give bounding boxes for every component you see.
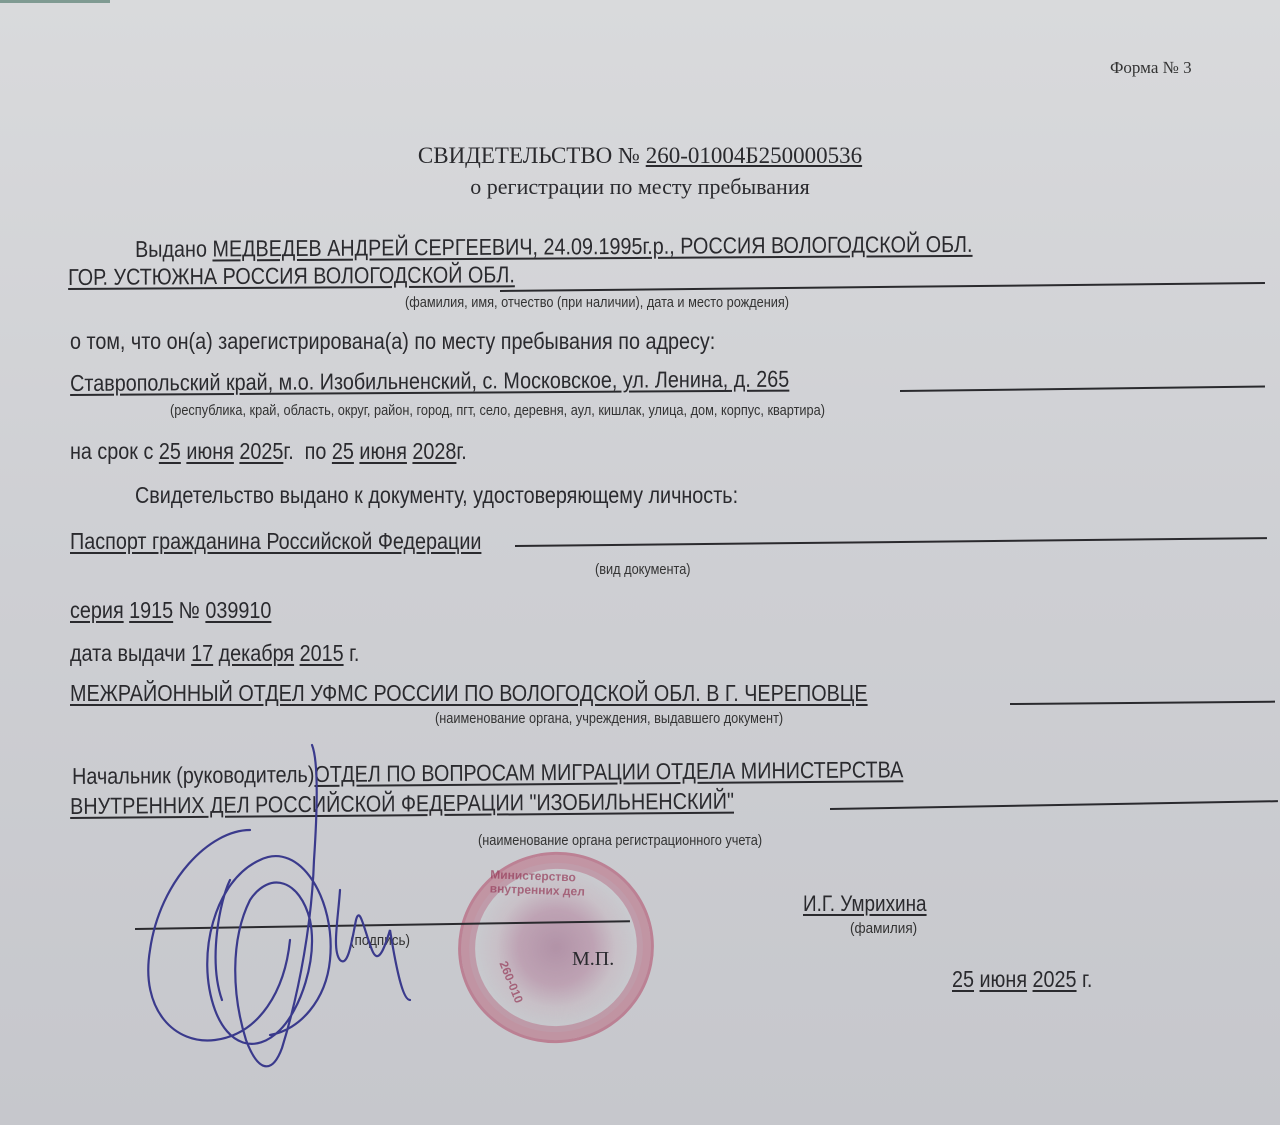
photo-edge <box>0 0 110 3</box>
seal-code: 260-010 <box>496 959 525 1005</box>
passport-series: 1915 <box>129 597 173 623</box>
address-underline <box>900 386 1265 392</box>
issue-day: 17 <box>191 640 213 666</box>
signing-date: 25 июня 2025 г. <box>952 966 1092 993</box>
holder-name-birth: МЕДВЕДЕВ АНДРЕЙ СЕРГЕЕВИЧ, 24.09.1995г.р… <box>212 231 972 262</box>
passport-number: 039910 <box>205 597 271 623</box>
registration-address-row: Ставропольский край, м.о. Изобильненский… <box>70 366 789 397</box>
signing-day: 25 <box>952 966 974 992</box>
signing-year: 2025 <box>1033 966 1077 992</box>
issuer-hint: (наименование органа, учреждения, выдавш… <box>435 710 783 727</box>
issue-date-label: дата выдачи <box>70 640 186 666</box>
holder-birthplace: ГОР. УСТЮЖНА РОССИЯ ВОЛОГОДСКОЙ ОБЛ. <box>68 261 515 290</box>
doc-type-hint: (вид документа) <box>595 561 691 578</box>
issuer-underline <box>1010 701 1275 705</box>
issue-month: декабря <box>219 640 294 666</box>
issue-year-suffix: г. <box>349 640 359 666</box>
identity-statement: Свидетельство выдано к документу, удосто… <box>135 482 738 509</box>
issuer-row: МЕЖРАЙОННЫЙ ОТДЕЛ УФМС РОССИИ ПО ВОЛОГОД… <box>70 680 868 707</box>
certificate-title: СВИДЕТЕЛЬСТВО № 260-01004Б250000536 <box>0 143 1280 169</box>
authority-row-1: Начальник (руководитель)ОТДЕЛ ПО ВОПРОСА… <box>72 756 903 790</box>
address-hint: (республика, край, область, округ, район… <box>170 402 825 419</box>
term-prefix: на срок с <box>70 438 153 464</box>
issued-to-row-2: ГОР. УСТЮЖНА РОССИЯ ВОЛОГОДСКОЙ ОБЛ. <box>68 261 515 291</box>
passport-issue-date: дата выдачи 17 декабря 2015 г. <box>70 640 359 667</box>
passport-series-number: серия 1915 № 039910 <box>70 597 271 624</box>
signing-suffix: г. <box>1082 966 1092 992</box>
official-name: И.Г. Умрихина <box>803 891 927 916</box>
certificate-subtitle: о регистрации по месту пребывания <box>0 174 1280 200</box>
authority-row-2: ВНУТРЕННИХ ДЕЛ РОССИЙСКОЙ ФЕДЕРАЦИИ "ИЗО… <box>70 788 734 820</box>
official-name-row: И.Г. Умрихина <box>803 891 927 917</box>
head-label: Начальник (руководитель) <box>72 761 314 789</box>
term-to-suffix: г. <box>456 438 466 464</box>
series-label: серия <box>70 597 124 623</box>
signing-month: июня <box>980 966 1028 992</box>
registration-address: Ставропольский край, м.о. Изобильненский… <box>70 366 789 396</box>
term-from-day: 25 <box>159 438 181 464</box>
seal-label: М.П. <box>572 948 614 971</box>
term-to-label: по <box>305 438 327 464</box>
term-from-month: июня <box>186 438 234 464</box>
form-label: Форма № 3 <box>1110 58 1192 78</box>
term-from-suffix: г. <box>283 438 293 464</box>
term-to-day: 25 <box>332 438 354 464</box>
authority-name-1: ОТДЕЛ ПО ВОПРОСАМ МИГРАЦИИ ОТДЕЛА МИНИСТ… <box>314 756 903 787</box>
seal-ring-text: Министерство внутренних дел <box>490 867 639 900</box>
official-seal: Министерство внутренних дел 260-010 <box>440 834 671 1062</box>
authority-name-2: ВНУТРЕННИХ ДЕЛ РОССИЙСКОЙ ФЕДЕРАЦИИ "ИЗО… <box>70 788 734 819</box>
issue-year: 2015 <box>300 640 344 666</box>
authority-hint: (наименование органа регистрационного уч… <box>478 832 762 849</box>
issued-to-row-1: Выдано МЕДВЕДЕВ АНДРЕЙ СЕРГЕЕВИЧ, 24.09.… <box>135 231 973 263</box>
issued-to-label: Выдано <box>135 236 207 262</box>
term-to-month: июня <box>359 438 407 464</box>
doc-type-row: Паспорт гражданина Российской Федерации <box>70 528 481 555</box>
registration-statement: о том, что он(а) зарегистрирована(а) по … <box>70 328 715 355</box>
number-label: № <box>179 597 200 623</box>
issued-to-underline <box>500 282 1265 292</box>
passport-issuer: МЕЖРАЙОННЫЙ ОТДЕЛ УФМС РОССИИ ПО ВОЛОГОД… <box>70 680 868 706</box>
authority-underline <box>830 800 1278 809</box>
signature-hint: (подпись) <box>350 932 410 949</box>
term-to-year: 2028 <box>412 438 456 464</box>
doc-type-underline <box>515 537 1267 546</box>
certificate-number: 260-01004Б250000536 <box>646 143 862 168</box>
term-from-year: 2025 <box>239 438 283 464</box>
registration-term: на срок с 25 июня 2025г. по 25 июня 2028… <box>70 438 467 465</box>
doc-type: Паспорт гражданина Российской Федерации <box>70 528 481 554</box>
name-hint: (фамилия) <box>850 920 917 937</box>
issued-to-hint: (фамилия, имя, отчество (при наличии), д… <box>405 294 789 311</box>
title-prefix: СВИДЕТЕЛЬСТВО № <box>418 143 640 168</box>
